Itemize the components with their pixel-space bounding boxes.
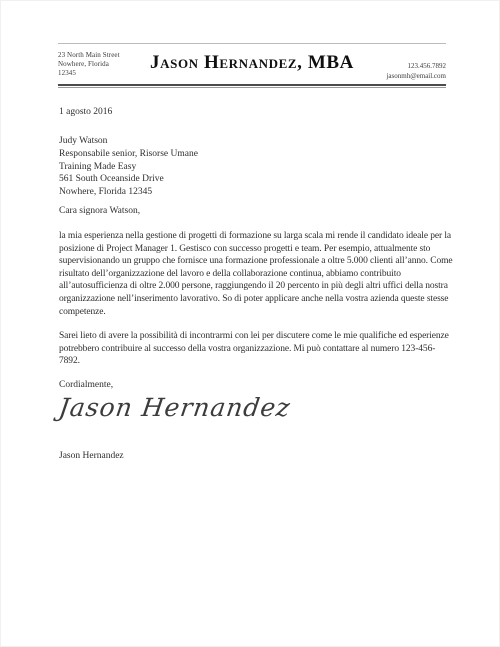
letterhead-row: 23 North Main Street Nowhere, Florida 12…	[58, 44, 446, 84]
recipient-title: Responsabile senior, Risorse Umane	[59, 148, 198, 161]
handwritten-signature: Jason Hernandez	[57, 393, 293, 422]
salutation: Cara signora Watson,	[59, 206, 140, 216]
body-paragraph-2: Sarei lieto di avere la possibilità di i…	[59, 330, 456, 368]
recipient-company: Training Made Easy	[59, 161, 198, 174]
sender-contact: 123.456.7892 jasonmh@email.com	[354, 62, 446, 84]
letter-date: 1 agosto 2016	[59, 107, 112, 117]
sender-name-title: Jason Hernandez, MBA	[150, 44, 354, 75]
closing: Cordialmente,	[59, 380, 113, 390]
recipient-street: 561 South Oceanside Drive	[59, 173, 198, 186]
recipient-address: Judy Watson Responsabile senior, Risorse…	[59, 135, 198, 199]
letterhead: 23 North Main Street Nowhere, Florida 12…	[58, 43, 446, 88]
cover-letter-page: 23 North Main Street Nowhere, Florida 12…	[0, 0, 500, 647]
body-paragraph-1: la mia esperienza nella gestione di prog…	[59, 230, 456, 318]
sender-address-line: 23 North Main Street	[58, 51, 150, 60]
recipient-city: Nowhere, Florida 12345	[59, 186, 198, 199]
typed-signature-name: Jason Hernandez	[59, 451, 124, 461]
letterhead-bottom-rule	[58, 84, 446, 88]
sender-email: jasonmh@email.com	[354, 72, 446, 82]
sender-address-line: 12345	[58, 69, 150, 78]
sender-phone: 123.456.7892	[354, 62, 446, 72]
sender-address: 23 North Main Street Nowhere, Florida 12…	[58, 44, 150, 78]
sender-address-line: Nowhere, Florida	[58, 60, 150, 69]
recipient-name: Judy Watson	[59, 135, 198, 148]
